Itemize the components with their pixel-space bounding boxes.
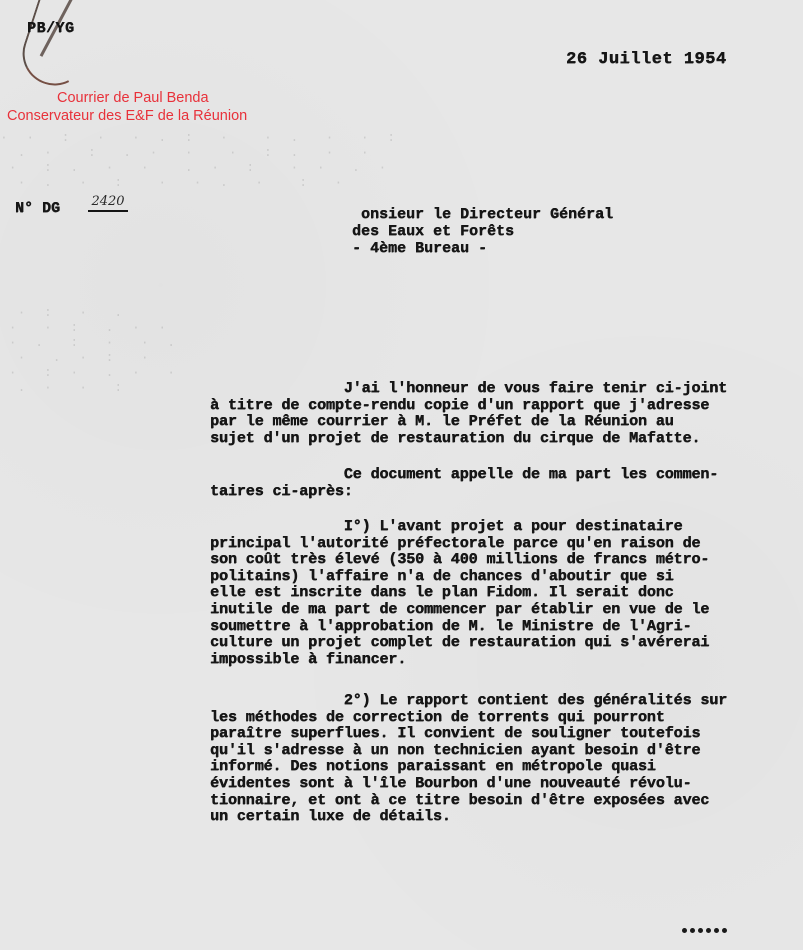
text-line: principal l'autorité préfectorale parce …: [210, 534, 700, 552]
dg-label: N° DG: [15, 200, 60, 217]
text-line: évidentes sont à l'île Bourbon d'une nou…: [210, 774, 691, 792]
dot: [690, 928, 695, 933]
addressee-line-3: - 4ème Bureau -: [352, 240, 487, 257]
text-line: taires ci-après:: [210, 482, 353, 500]
text-line: soumettre à l'approbation de M. le Minis…: [210, 617, 691, 635]
continuation-dots: [682, 928, 727, 933]
letter-date: 26 Juillet 1954: [566, 50, 727, 69]
paragraph-point-2: 2°) Le rapport contient des généralités …: [210, 692, 727, 825]
text-line: 2°) Le rapport contient des généralités …: [210, 691, 727, 709]
bleed-through-text: · · : · · . : · · . · · : . · : . · · · …: [0, 130, 560, 190]
handwritten-mark: [14, 0, 101, 94]
text-line: J'ai l'honneur de vous faire tenir ci-jo…: [210, 379, 727, 397]
text-line: culture un projet complet de restauratio…: [210, 633, 709, 651]
text-line: elle est inscrite dans le plan Fidom. Il…: [210, 583, 674, 601]
text-line: qu'il s'adresse à un non technicien ayan…: [210, 741, 700, 759]
dg-number-handwritten: 2420: [88, 195, 128, 212]
annotation-line-1: Courrier de Paul Benda: [57, 89, 209, 107]
dot: [698, 928, 703, 933]
text-line: Ce document appelle de ma part les comme…: [210, 465, 718, 483]
paragraph-intro: J'ai l'honneur de vous faire tenir ci-jo…: [210, 380, 727, 446]
text-line: inutile de ma part de commencer par étab…: [210, 600, 709, 618]
dot: [682, 928, 687, 933]
letter-page: · · : · · . : · · . · · : . · : . · · · …: [0, 0, 803, 950]
addressee-block: onsieur le Directeur Général des Eaux et…: [352, 206, 613, 257]
text-line: impossible à financer.: [210, 650, 406, 668]
text-line: les méthodes de correction de torrents q…: [210, 708, 665, 726]
text-line: sujet d'un projet de restauration du cir…: [210, 429, 700, 447]
dot: [714, 928, 719, 933]
text-line: un certain luxe de détails.: [210, 807, 451, 825]
text-line: tionnaire, et ont à ce titre besoin d'êt…: [210, 791, 709, 809]
addressee-line-1: onsieur le Directeur Général: [352, 206, 613, 223]
dot: [706, 928, 711, 933]
text-line: informé. Des notions paraissant en métro…: [210, 757, 656, 775]
addressee-line-2: des Eaux et Forêts: [352, 223, 514, 240]
text-line: I°) L'avant projet a pour destinataire: [210, 517, 682, 535]
paragraph-comments-intro: Ce document appelle de ma part les comme…: [210, 466, 718, 499]
paragraph-point-1: I°) L'avant projet a pour destinataire p…: [210, 518, 709, 667]
text-line: son coût très élevé (350 à 400 millions …: [210, 550, 709, 568]
text-line: politains) l'affaire n'a de chances d'ab…: [210, 567, 674, 585]
dot: [722, 928, 727, 933]
text-line: à titre de compte-rendu copie d'un rappo…: [210, 396, 709, 414]
reference-initials: PB/YG: [27, 20, 75, 37]
text-line: paraître superflues. Il convient de soul…: [210, 724, 700, 742]
text-line: par le même courrier à M. le Préfet de l…: [210, 412, 674, 430]
annotation-line-2: Conservateur des E&F de la Réunion: [7, 107, 247, 125]
